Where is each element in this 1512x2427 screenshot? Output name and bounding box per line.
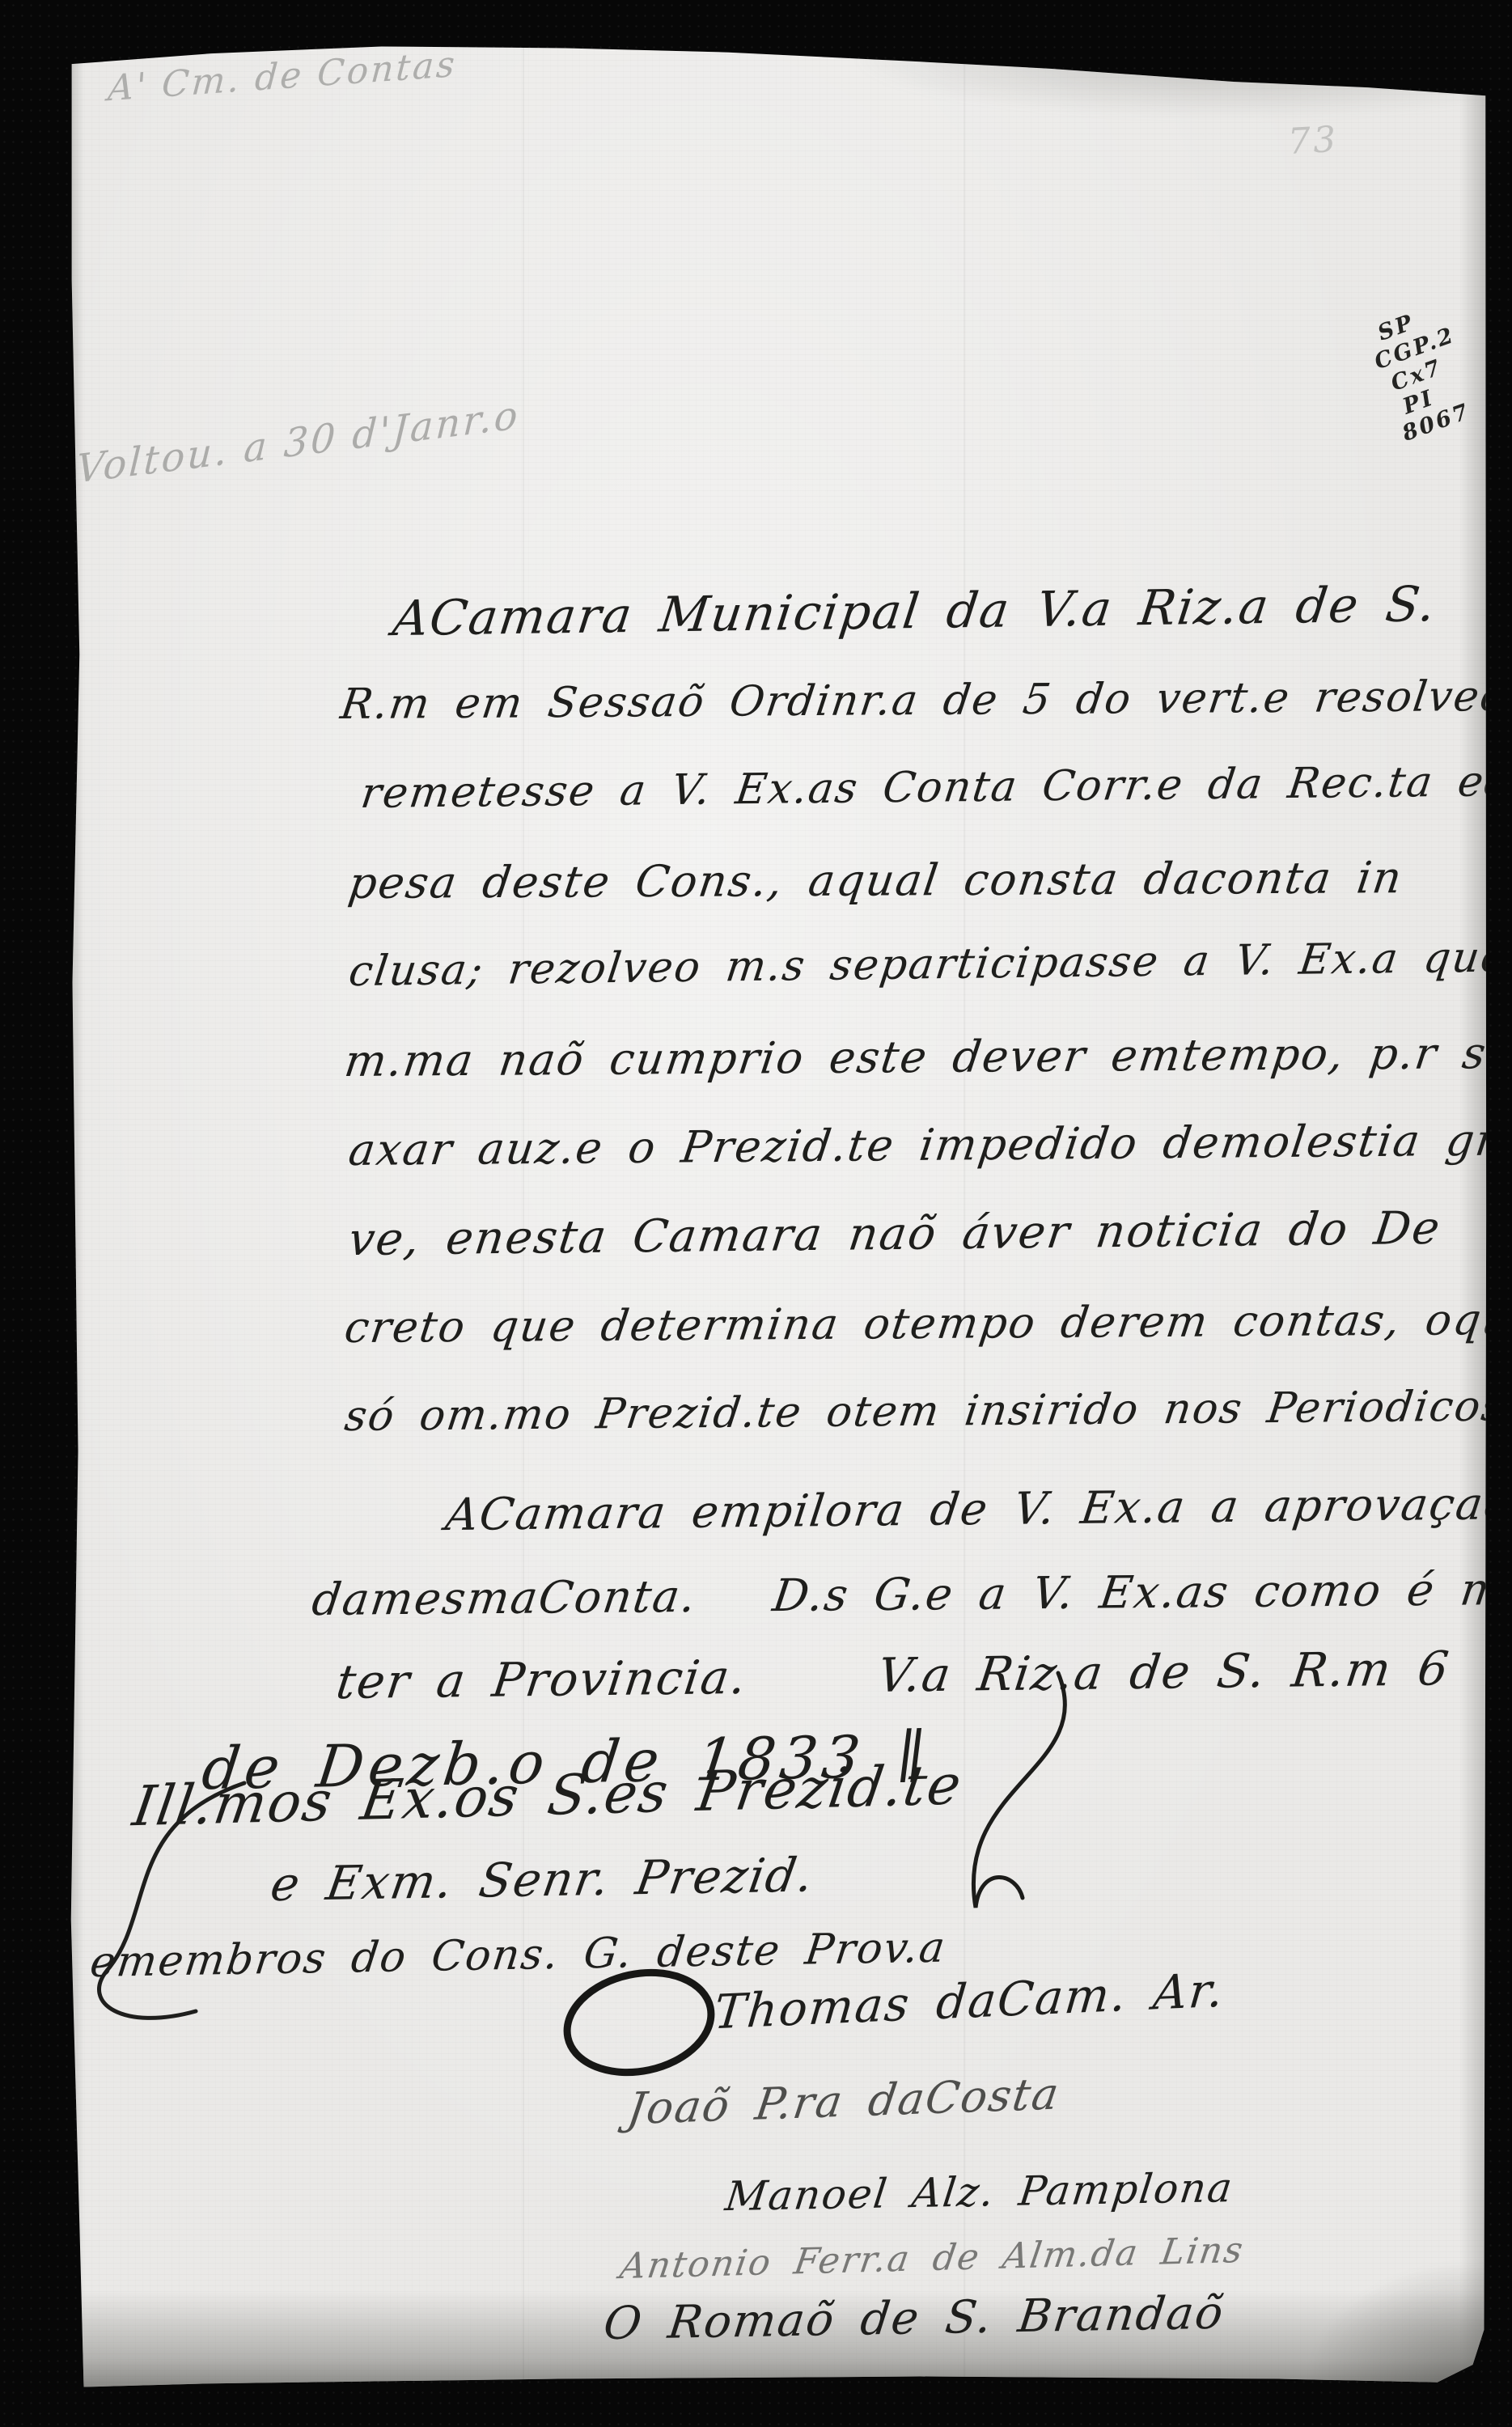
body-line: ACamara Municipal da V.a Riz.a de S. [390, 580, 1439, 643]
signature: Antonio Ferr.a de Alm.da Lins [617, 2233, 1246, 2285]
body-line: m.ma naõ cumprio este dever emtempo, p.r… [342, 1031, 1512, 1083]
signature: Thomas daCam. Ar. [712, 1966, 1226, 2035]
body-line: ve, enesta Camara naõ áver noticia do De [346, 1206, 1444, 1263]
body-line: damesmaConta. D.s G.e a V. Ex.as como é … [310, 1567, 1512, 1622]
archive-stamp: SP CGP.2 Cx7 PI 8067 [1362, 299, 1485, 448]
paper-stain [849, 45, 1487, 118]
body-line: só om.mo Prezid.te otem insirido nos Per… [342, 1385, 1512, 1438]
body-line: R.m em Sessaõ Ordinr.a de 5 do vert.e re… [338, 675, 1512, 726]
body-line: ACamara empilora de V. Ex.a a aprovaçaõ [443, 1481, 1512, 1537]
scan-background: A' Cm. de Contas Voltou. a 30 d'Janr.o 7… [0, 0, 1512, 2427]
address-line: e Exm. Senr. Prezid. [268, 1851, 818, 1908]
signature: Joaõ P.ra daCosta [625, 2072, 1062, 2131]
return-note-pencil: Voltou. a 30 d'Janr.o [75, 396, 520, 489]
signature: O Romaõ de S. Brandaõ [601, 2291, 1226, 2348]
routing-note-pencil: A' Cm. de Contas [107, 47, 458, 107]
body-line: pesa deste Cons., aqual consta daconta i… [346, 856, 1406, 905]
paper-corner-curl [1293, 2251, 1487, 2388]
body-line: axar auz.e o Prezid.te impedido demolest… [346, 1118, 1512, 1172]
document-page: A' Cm. de Contas Voltou. a 30 d'Janr.o 7… [70, 45, 1487, 2388]
page-number-pencil: 73 [1287, 122, 1339, 160]
body-line: remetesse a V. Ex.as Conta Corr.e da Rec… [358, 760, 1512, 815]
body-line: creto que determina otempo derem contas,… [342, 1298, 1512, 1349]
signature: Manoel Alz. Pamplona [723, 2167, 1236, 2217]
body-line: clusa; rezolveo m.s separticipasse a V. … [346, 936, 1512, 993]
body-line: ter a Provincia. V.a Riz.a de S. R.m 6 [334, 1645, 1453, 1705]
